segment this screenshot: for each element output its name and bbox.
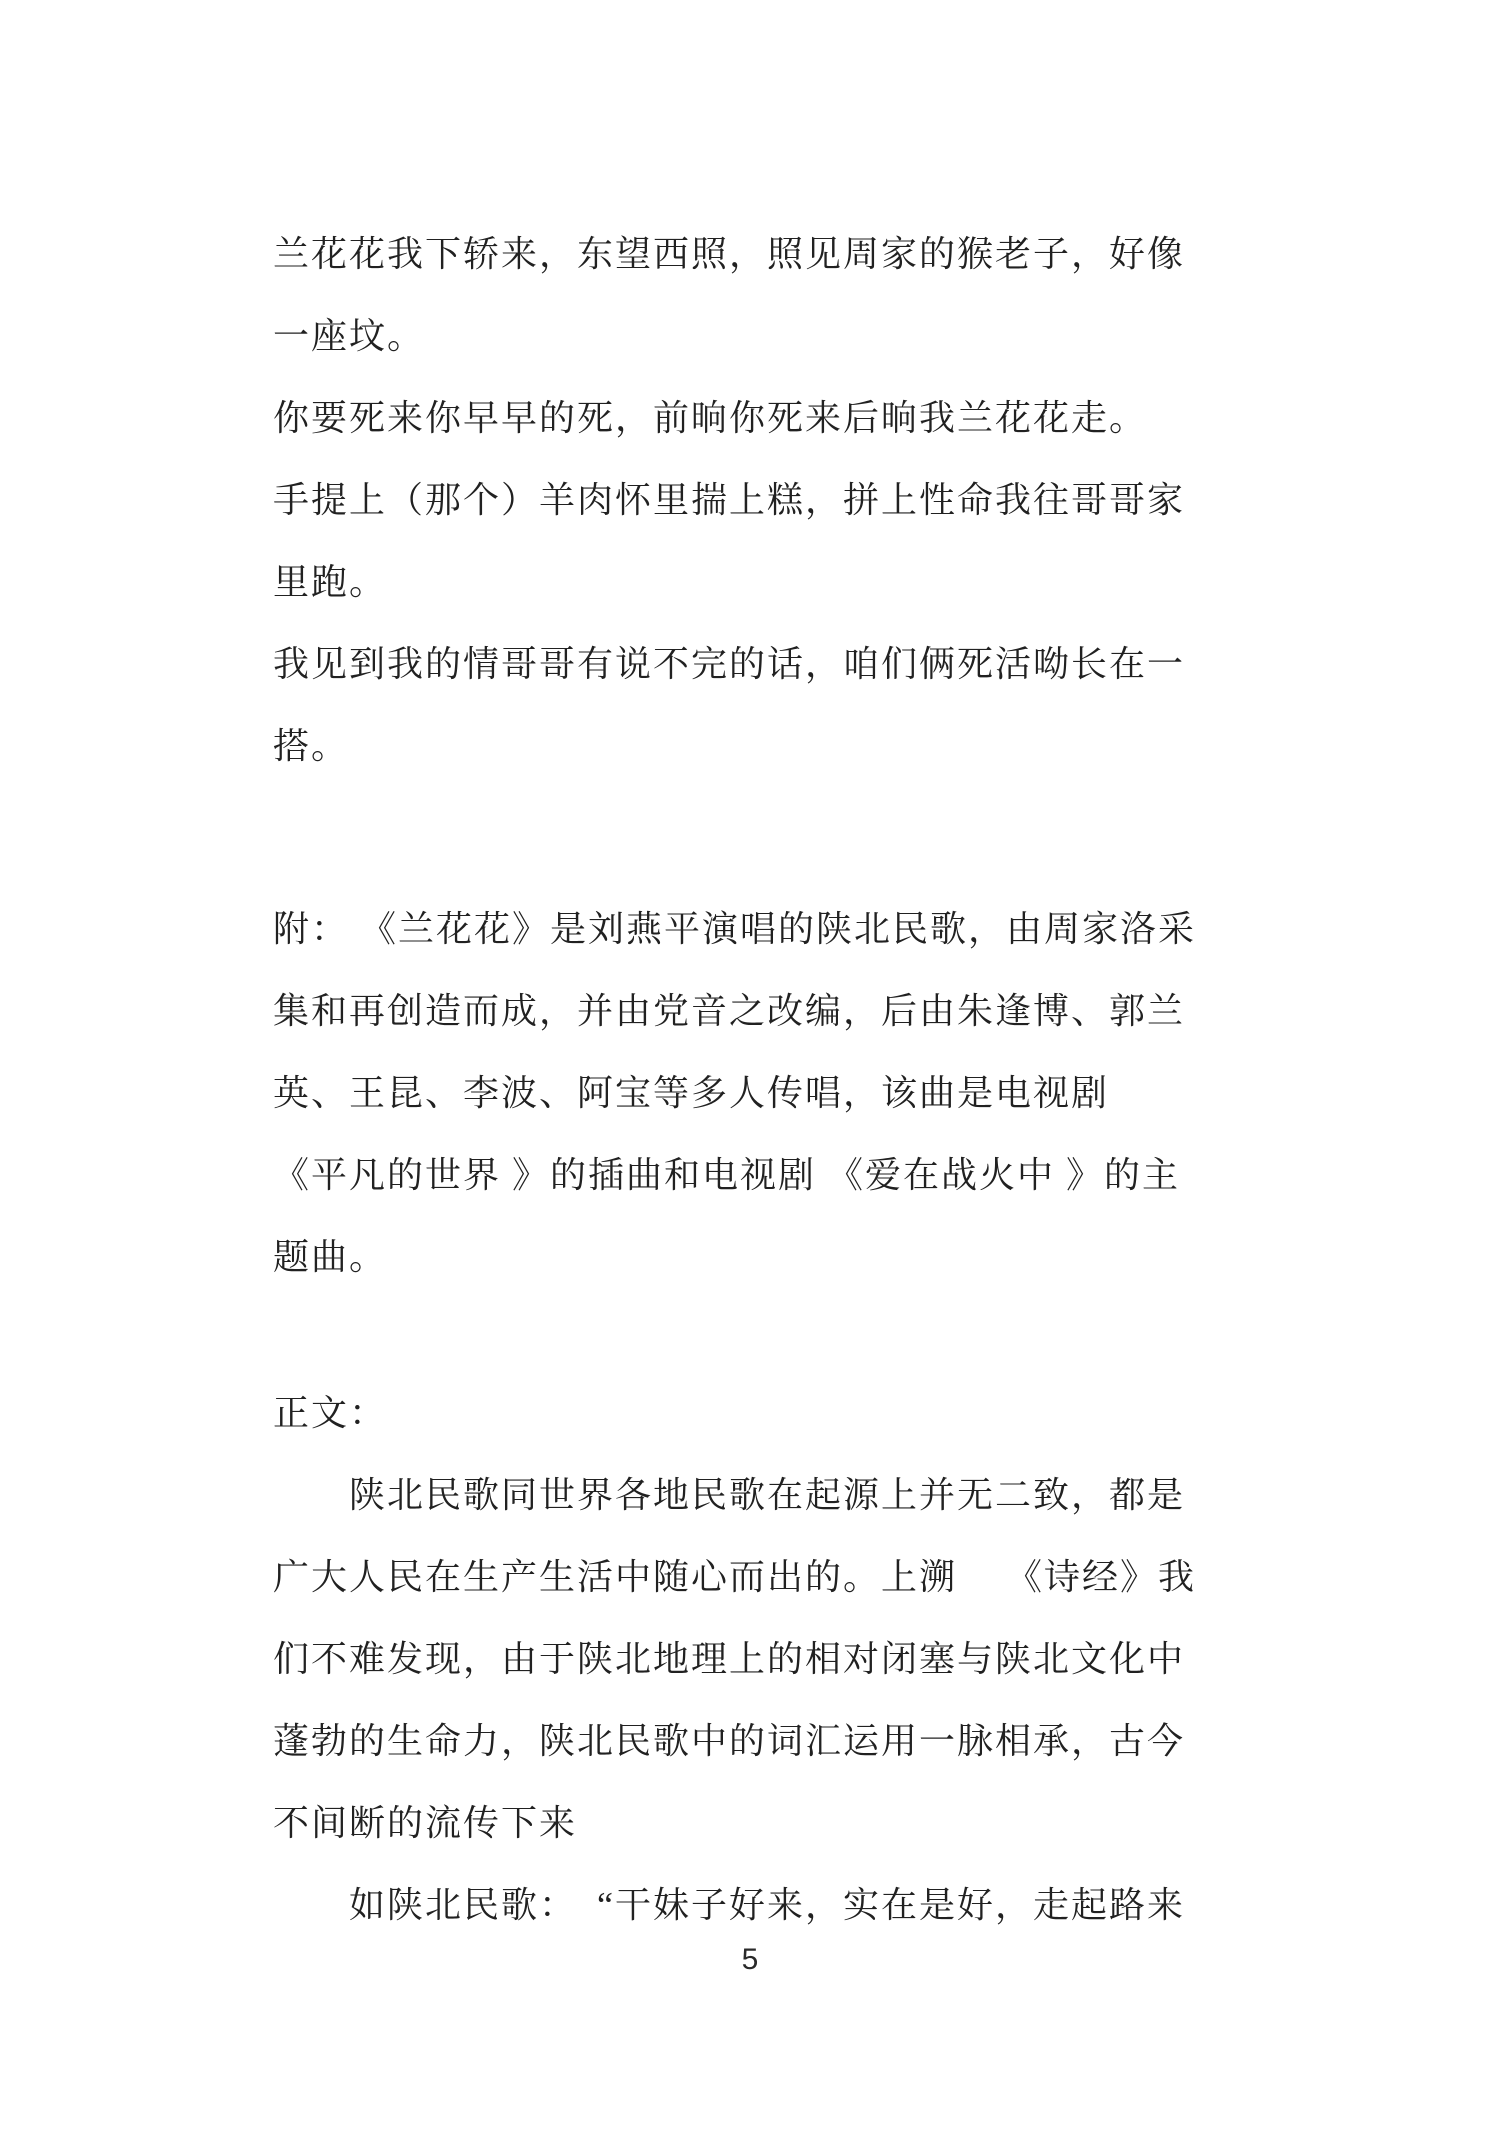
text-line: 手提上（那个）羊肉怀里揣上糕，拼上性命我往哥哥家 [273,459,1227,541]
text-line: 们不难发现，由于陕北地理上的相对闭塞与陕北文化中 [273,1618,1227,1700]
text-line: 里跑。 [273,541,1227,623]
appendix-note-section: 附： 《兰花花》是刘燕平演唱的陕北民歌，由周家洛采 集和再创造而成，并由党音之改… [273,888,1227,1298]
text-line: 我见到我的情哥哥有说不完的话，咱们俩死活呦长在一 [273,623,1227,705]
text-line: 蓬勃的生命力，陕北民歌中的词汇运用一脉相承，古今 [273,1700,1227,1782]
main-text-section: 陕北民歌同世界各地民歌在起源上并无二致，都是 广大人民在生产生活中随心而出的。上… [273,1454,1227,1946]
text-line: 集和再创造而成，并由党音之改编，后由朱逢博、郭兰 [273,970,1227,1052]
text-line: 英、王昆、李波、阿宝等多人传唱，该曲是电视剧 [273,1052,1227,1134]
text-line: 附： 《兰花花》是刘燕平演唱的陕北民歌，由周家洛采 [273,888,1227,970]
text-line: 《平凡的世界 》的插曲和电视剧 《爱在战火中 》的主 [273,1134,1227,1216]
text-line: 题曲。 [273,1216,1227,1298]
note-paragraph: 附： 《兰花花》是刘燕平演唱的陕北民歌，由周家洛采 集和再创造而成，并由党音之改… [273,888,1227,1298]
lyric-paragraph: 兰花花我下轿来，东望西照，照见周家的猴老子，好像 一座坟。 [273,213,1227,377]
section-heading: 正文： [273,1372,1227,1454]
body-paragraph: 如陕北民歌： “干妹子好来，实在是好，走起路来 [273,1864,1227,1946]
lyric-paragraph: 你要死来你早早的死，前晌你死来后晌我兰花花走。 [273,377,1227,459]
text-line: 陕北民歌同世界各地民歌在起源上并无二致，都是 [273,1454,1227,1536]
text-line: 广大人民在生产生活中随心而出的。上溯 《诗经》我 [273,1536,1227,1618]
body-paragraph: 陕北民歌同世界各地民歌在起源上并无二致，都是 广大人民在生产生活中随心而出的。上… [273,1454,1227,1864]
text-line: 一座坟。 [273,295,1227,377]
lyric-paragraph: 手提上（那个）羊肉怀里揣上糕，拼上性命我往哥哥家 里跑。 [273,459,1227,623]
text-line: 你要死来你早早的死，前晌你死来后晌我兰花花走。 [273,377,1227,459]
main-text-section-label: 正文： [273,1372,1227,1454]
text-line: 不间断的流传下来 [273,1782,1227,1864]
lyric-paragraph: 我见到我的情哥哥有说不完的话，咱们俩死活呦长在一 搭。 [273,623,1227,787]
text-line: 搭。 [273,705,1227,787]
page-number: 5 [0,1942,1500,1978]
text-line: 如陕北民歌： “干妹子好来，实在是好，走起路来 [273,1864,1227,1946]
lyrics-section: 兰花花我下轿来，东望西照，照见周家的猴老子，好像 一座坟。 你要死来你早早的死，… [273,213,1227,787]
document-content: 兰花花我下轿来，东望西照，照见周家的猴老子，好像 一座坟。 你要死来你早早的死，… [273,0,1227,1946]
document-page: 兰花花我下轿来，东望西照，照见周家的猴老子，好像 一座坟。 你要死来你早早的死，… [0,0,1500,2131]
text-line: 兰花花我下轿来，东望西照，照见周家的猴老子，好像 [273,213,1227,295]
